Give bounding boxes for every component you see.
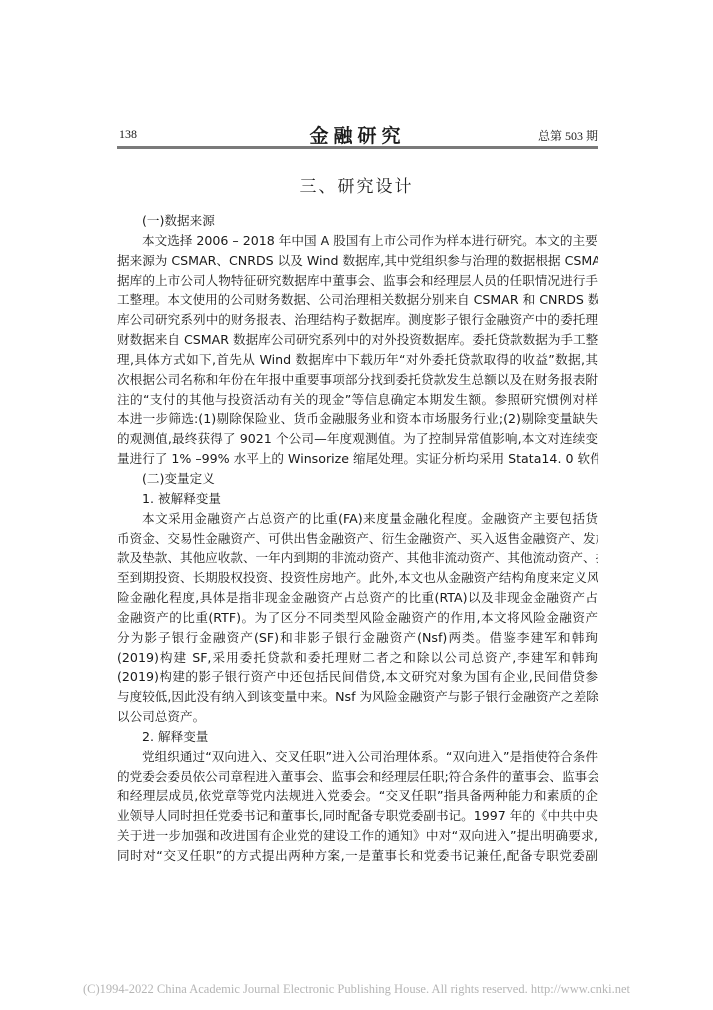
text-line: 的党委会委员依公司章程进入董事会、监事会和经理层任职;符合条件的董事会、监事会: [117, 767, 598, 787]
subsection-heading-variable-definition: (二)变量定义: [117, 469, 598, 489]
text-line: 至到期投资、长期股权投资、投资性房地产。此外,本文也从金融资产结构角度来定义风: [117, 568, 598, 588]
paragraph-explanatory-variable: 党组织通过“双向进入、交叉任职”进入公司治理体系。“双向进入”是指使符合条件的党…: [117, 747, 598, 866]
journal-title: 金融研究: [117, 121, 598, 148]
text-line: 党组织通过“双向进入、交叉任职”进入公司治理体系。“双向进入”是指使符合条件: [117, 747, 598, 767]
text-line: 理,具体方式如下,首先从 Wind 数据库中下载历年“对外委托贷款取得的收益”数…: [117, 350, 598, 370]
running-header: 138 金融研究 总第 503 期: [117, 124, 598, 146]
text-line: 和经理层成员,依党章等党内法规进入党委会。“交叉任职”指具备两种能力和素质的企: [117, 786, 598, 806]
text-line: 同时对“交叉任职”的方式提出两种方案,一是董事长和党委书记兼任,配备专职党委副: [117, 846, 598, 866]
section-title: 三、研究设计: [0, 172, 713, 197]
text-line: 币资金、交易性金融资产、可供出售金融资产、衍生金融资产、买入返售金融资产、发放贷: [117, 529, 598, 549]
text-line: 本文选择 2006 – 2018 年中国 A 股国有上市公司作为样本进行研究。本…: [117, 231, 598, 251]
body-text: (一)数据来源 本文选择 2006 – 2018 年中国 A 股国有上市公司作为…: [117, 211, 598, 866]
text-line: (2019)构建 SF,采用委托贷款和委托理财二者之和除以公司总资产,李建军和韩…: [117, 648, 598, 668]
text-line: 库公司研究系列中的财务报表、治理结构子数据库。测度影子银行金融资产中的委托理: [117, 310, 598, 330]
text-line: 次根据公司名称和年份在年报中重要事项部分找到委托贷款发生总额以及在财务报表附: [117, 370, 598, 390]
text-line: 本文采用金融资产占总资产的比重(FA)来度量金融化程度。金融资产主要包括货: [117, 509, 598, 529]
text-line: 据库的上市公司人物特征研究数据库中董事会、监事会和经理层人员的任职情况进行手: [117, 271, 598, 291]
paragraph-data-sources: 本文选择 2006 – 2018 年中国 A 股国有上市公司作为样本进行研究。本…: [117, 231, 598, 469]
subsection-heading-data-sources: (一)数据来源: [117, 211, 598, 231]
text-line: 工整理。本文使用的公司财务数据、公司治理相关数据分别来自 CSMAR 和 CNR…: [117, 290, 598, 310]
copyright-footer: (C)1994-2022 China Academic Journal Elec…: [0, 982, 713, 997]
text-line: 量进行了 1% –99% 水平上的 Winsorize 缩尾处理。实证分析均采用…: [117, 449, 598, 469]
text-line: 业领导人同时担任党委书记和董事长,同时配备专职党委副书记。1997 年的《中共中…: [117, 806, 598, 826]
header-rule: [117, 146, 598, 149]
subsubsection-heading-explanatory-variable: 2. 解释变量: [117, 727, 598, 747]
text-line: 注的“支付的其他与投资活动有关的现金”等信息确定本期发生额。参照研究惯例对样: [117, 390, 598, 410]
text-line: 的观测值,最终获得了 9021 个公司—年度观测值。为了控制异常值影响,本文对连…: [117, 429, 598, 449]
subsubsection-heading-dependent-variable: 1. 被解释变量: [117, 489, 598, 509]
issue-number: 总第 503 期: [538, 127, 598, 144]
text-line: 关于进一步加强和改进国有企业党的建设工作的通知》中对“双向进入”提出明确要求,: [117, 826, 598, 846]
text-line: 本进一步筛选:(1)剔除保险业、货币金融服务业和资本市场服务行业;(2)剔除变量…: [117, 409, 598, 429]
text-line: (2019)构建的影子银行资产中还包括民间借贷,本文研究对象为国有企业,民间借贷…: [117, 667, 598, 687]
text-line: 财数据来自 CSMAR 数据库公司研究系列中的对外投资数据库。委托贷款数据为手工…: [117, 330, 598, 350]
text-line: 金融资产的比重(RTF)。为了区分不同类型风险金融资产的作用,本文将风险金融资产: [117, 608, 598, 628]
text-line: 与度较低,因此没有纳入到该变量中来。Nsf 为风险金融资产与影子银行金融资产之差…: [117, 687, 598, 707]
text-line: 以公司总资产。: [117, 707, 598, 727]
text-line: 分为影子银行金融资产(SF)和非影子银行金融资产(Nsf)两类。借鉴李建军和韩珣: [117, 628, 598, 648]
text-line: 据来源为 CSMAR、CNRDS 以及 Wind 数据库,其中党组织参与治理的数…: [117, 251, 598, 271]
text-line: 险金融化程度,具体是指非现金金融资产占总资产的比重(RTA)以及非现金金融资产占: [117, 588, 598, 608]
text-line: 款及垫款、其他应收款、一年内到期的非流动资产、其他非流动资产、其他流动资产、持有: [117, 548, 598, 568]
paragraph-dependent-variable: 本文采用金融资产占总资产的比重(FA)来度量金融化程度。金融资产主要包括货币资金…: [117, 509, 598, 727]
